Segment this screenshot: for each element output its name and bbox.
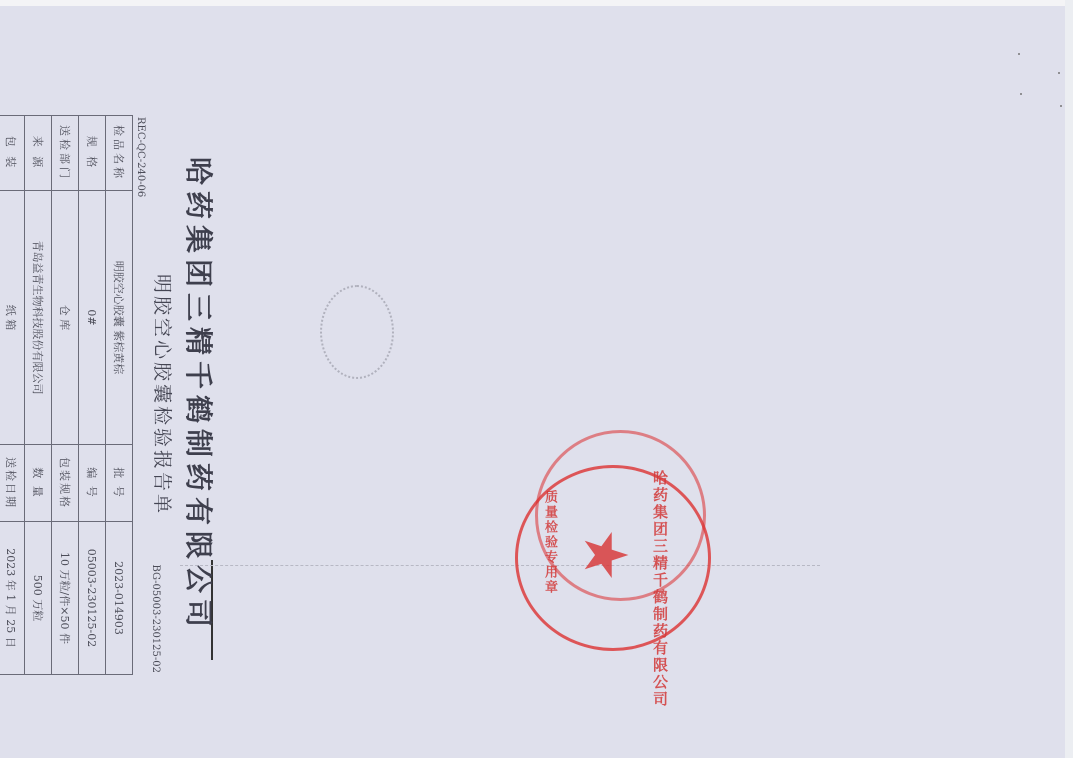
- info-table: 检品名称 明胶空心胶囊 紫棕黄棕 批 号 2023-014903 规 格 0# …: [0, 115, 133, 675]
- scan-edge: [1065, 0, 1073, 758]
- report-title: 明胶空心胶囊检验报告单: [150, 274, 177, 516]
- label-code: 编 号: [79, 445, 106, 522]
- faint-seal: [320, 285, 394, 379]
- seal-company-text: 哈药集团三精千鹤制药有限公司: [650, 470, 671, 708]
- label-received: 送检日期: [0, 445, 25, 522]
- scan-speck: [1058, 72, 1060, 74]
- fold-line: [180, 565, 820, 566]
- scan-speck: [1060, 105, 1062, 107]
- label-source: 来 源: [25, 116, 52, 191]
- label-package: 包装规格: [52, 445, 79, 522]
- label-batch: 批 号: [106, 445, 133, 522]
- batch-number: 2023-014903: [106, 522, 133, 675]
- code: 05003-230125-02: [79, 522, 106, 675]
- spec: 0#: [79, 191, 106, 445]
- received-date: 2023 年 1 月 25 日: [0, 522, 25, 675]
- label-quantity: 数 量: [25, 445, 52, 522]
- label-pack: 包 装: [0, 116, 25, 191]
- dept: 仓 库: [52, 191, 79, 445]
- product-name: 明胶空心胶囊 紫棕黄棕: [106, 191, 133, 445]
- scan-speck: [1020, 93, 1022, 95]
- record-number: REC-QC-240-06: [135, 117, 146, 675]
- quantity: 500 万粒: [25, 522, 52, 675]
- report-number: BG-05003-230125-02: [150, 564, 161, 673]
- scan-speck: [1018, 53, 1020, 55]
- seal-star-icon: ★: [570, 528, 640, 582]
- package: 10 万粒/件×50 件: [52, 522, 79, 675]
- seal-text: 质量检验专用章: [540, 490, 559, 595]
- company-name: 哈药集团三精千鹤制药有限公司: [180, 115, 220, 675]
- inspection-report: 哈药集团三精千鹤制药有限公司 明胶空心胶囊检验报告单 BG-05003-2301…: [0, 115, 220, 675]
- pack: 纸 箱: [0, 191, 25, 445]
- label-spec: 规 格: [79, 116, 106, 191]
- label-product-name: 检品名称: [106, 116, 133, 191]
- scan-edge: [0, 0, 1073, 6]
- label-dept: 送检部门: [52, 116, 79, 191]
- source: 青岛益青生物科技股份有限公司: [25, 191, 52, 445]
